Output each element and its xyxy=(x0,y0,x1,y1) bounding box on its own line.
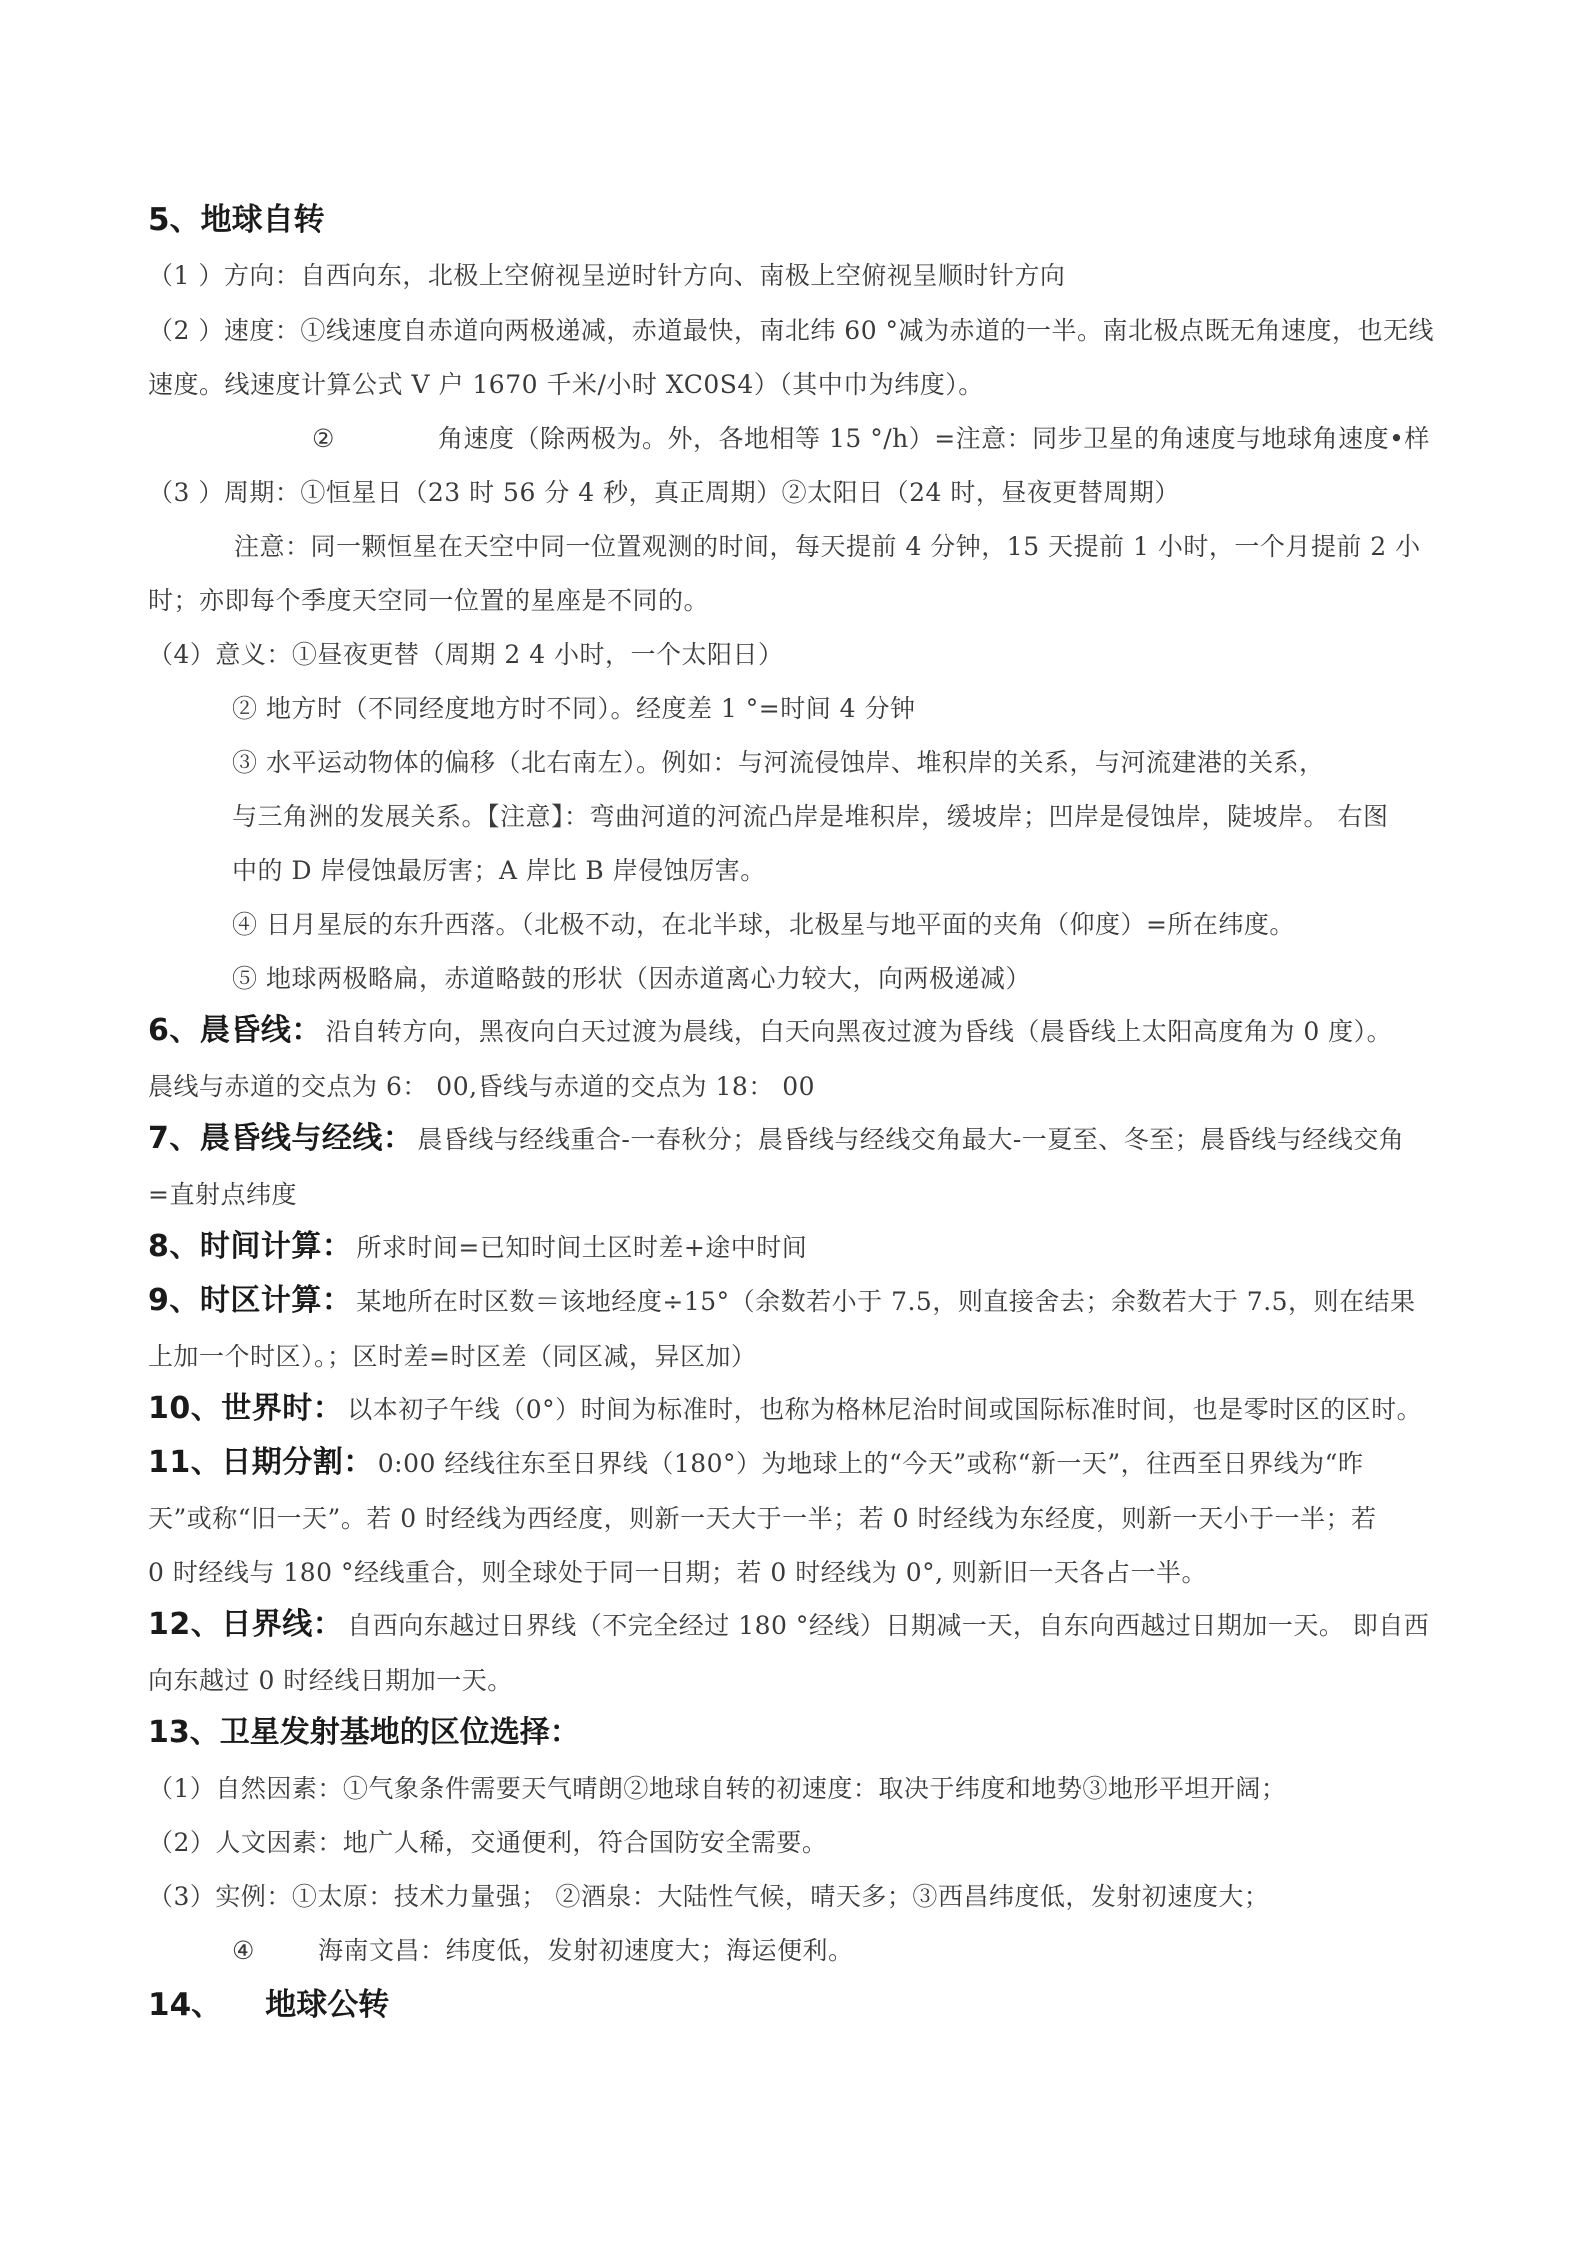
s5-local-time: ② 地方时（不同经度地方时不同）。经度差 1 °=时间 4 分钟 xyxy=(232,693,916,725)
section-11: 11、日期分割：0:00 经线往东至日界线（180°）为地球上的“今天”或称“新… xyxy=(148,1447,1363,1480)
s13-example-wenchang: 海南文昌：纬度低，发射初速度大；海运便利。 xyxy=(318,1935,854,1967)
section-9-heading: 9、时区计算： xyxy=(148,1283,352,1318)
section-9: 9、时区计算：某地所在时区数＝该地经度÷15°（余数若小于 7.5，则直接舍去；… xyxy=(148,1285,1416,1318)
s13-example-marker: ④ xyxy=(232,1935,255,1967)
s5-period: （3 ）周期：①恒星日（23 时 56 分 4 秒，真正周期）②太阳日（24 时… xyxy=(148,477,1180,509)
section-8-heading: 8、时间计算： xyxy=(148,1229,352,1264)
section-10-heading: 10、世界时： xyxy=(148,1391,343,1426)
s6-text: 沿自转方向，黑夜向白天过渡为晨线，白天向黑夜过渡为昏线（晨昏线上太阳高度角为 0… xyxy=(326,1017,1392,1046)
s11-text-cont: 天”或称“旧一天”。若 0 时经线为西经度，则新一天大于一半；若 0 时经线为东… xyxy=(148,1503,1376,1535)
s9-text: 某地所在时区数＝该地经度÷15°（余数若小于 7.5，则直接舍去；余数若大于 7… xyxy=(356,1287,1415,1316)
s5-rise-set: ④ 日月星辰的东升西落。（北极不动，在北半球，北极星与地平面的夹角（仰度）=所在… xyxy=(232,909,1295,941)
s5-shape: ⑤ 地球两极略扁，赤道略鼓的形状（因赤道离心力较大，向两极递减） xyxy=(232,963,1031,995)
s8-text: 所求时间=已知时间土区时差+途中时间 xyxy=(356,1233,807,1262)
s5-angular-marker: ② xyxy=(312,423,335,455)
section-8: 8、时间计算：所求时间=已知时间土区时差+途中时间 xyxy=(148,1231,807,1264)
document-page: 5、地球自转 （1 ）方向：自西向东，北极上空俯视呈逆时针方向、南极上空俯视呈顺… xyxy=(0,0,1587,2245)
s10-text: 以本初子午线（0°）时间为标准时，也称为格林尼治时间或国际标准时间，也是零时区的… xyxy=(347,1395,1422,1424)
s7-text: 晨昏线与经线重合-一春秋分；晨昏线与经线交角最大-一夏至、冬至；晨昏线与经线交角 xyxy=(417,1125,1404,1154)
s6-text-cont: 晨线与赤道的交点为 6： 00,昏线与赤道的交点为 18： 00 xyxy=(148,1071,815,1103)
s13-examples: （3）实例：①太原：技术力量强； ②酒泉：大陆性气候，晴天多；③西昌纬度低，发射… xyxy=(148,1881,1269,1913)
s9-text-cont: 上加一个时区）。；区时差=时区差（同区减，异区加） xyxy=(148,1341,756,1373)
s13-human: （2）人文因素：地广人稀，交通便利，符合国防安全需要。 xyxy=(148,1827,827,1859)
s5-deflection: ③ 水平运动物体的偏移（北右南左）。例如：与河流侵蚀岸、堆积岸的关系，与河流建港… xyxy=(232,747,1324,779)
s5-direction: （1 ）方向：自西向东，北极上空俯视呈逆时针方向、南极上空俯视呈顺时针方向 xyxy=(148,260,1065,292)
s5-note-cont: 时；亦即每个季度天空同一位置的星座是不同的。 xyxy=(148,585,709,617)
s5-speed-formula: 速度。线速度计算公式 V 户 1670 千米/小时 XC0S4）（其中巾为纬度）… xyxy=(148,369,984,401)
section-10: 10、世界时：以本初子午线（0°）时间为标准时，也称为格林尼治时间或国际标准时间… xyxy=(148,1393,1422,1426)
s5-deflection-cont2: 中的 D 岸侵蚀最厉害；A 岸比 B 岸侵蚀厉害。 xyxy=(232,855,766,887)
section-6-heading: 6、晨昏线： xyxy=(148,1013,322,1048)
s5-significance: （4）意义：①昼夜更替（周期 2 4 小时，一个太阳日） xyxy=(148,639,784,671)
section-14-heading: 14、 地球公转 xyxy=(148,1989,389,2021)
s12-text-cont: 向东越过 0 时经线日期加一天。 xyxy=(148,1665,513,1697)
s5-speed: （2 ）速度：①线速度自赤道向两极递减，赤道最快，南北纬 60 °减为赤道的一半… xyxy=(148,315,1434,347)
section-13-heading: 13、卫星发射基地的区位选择： xyxy=(148,1717,580,1749)
section-7: 7、晨昏线与经线：晨昏线与经线重合-一春秋分；晨昏线与经线交角最大-一夏至、冬至… xyxy=(148,1123,1404,1156)
s7-text-cont: =直射点纬度 xyxy=(148,1179,297,1211)
s11-text: 0:00 经线往东至日界线（180°）为地球上的“今天”或称“新一天”，往西至日… xyxy=(378,1449,1364,1478)
s5-angular-speed: 角速度（除两极为。外，各地相等 15 °/h）=注意：同步卫星的角速度与地球角速… xyxy=(438,423,1430,455)
section-6: 6、晨昏线：沿自转方向，黑夜向白天过渡为晨线，白天向黑夜过渡为昏线（晨昏线上太阳… xyxy=(148,1015,1392,1048)
s13-natural: （1）自然因素：①气象条件需要天气晴朗②地球自转的初速度：取决于纬度和地势③地形… xyxy=(148,1773,1286,1805)
s11-text-cont2: 0 时经线与 180 °经线重合，则全球处于同一日期；若 0 时经线为 0°, … xyxy=(148,1557,1207,1589)
section-12: 12、日界线：自西向东越过日界线（不完全经过 180 °经线）日期减一天，自东向… xyxy=(148,1609,1429,1642)
s12-text: 自西向东越过日界线（不完全经过 180 °经线）日期减一天，自东向西越过日期加一… xyxy=(347,1611,1429,1640)
section-5-heading: 5、地球自转 xyxy=(148,204,325,236)
s5-note: 注意：同一颗恒星在天空中同一位置观测的时间，每天提前 4 分钟，15 天提前 1… xyxy=(234,531,1421,563)
section-11-heading: 11、日期分割： xyxy=(148,1445,374,1480)
section-12-heading: 12、日界线： xyxy=(148,1607,343,1642)
section-7-heading: 7、晨昏线与经线： xyxy=(148,1121,413,1156)
s5-deflection-cont: 与三角洲的发展关系。【注意】：弯曲河道的河流凸岸是堆积岸，缓坡岸；凹岸是侵蚀岸，… xyxy=(232,801,1388,833)
